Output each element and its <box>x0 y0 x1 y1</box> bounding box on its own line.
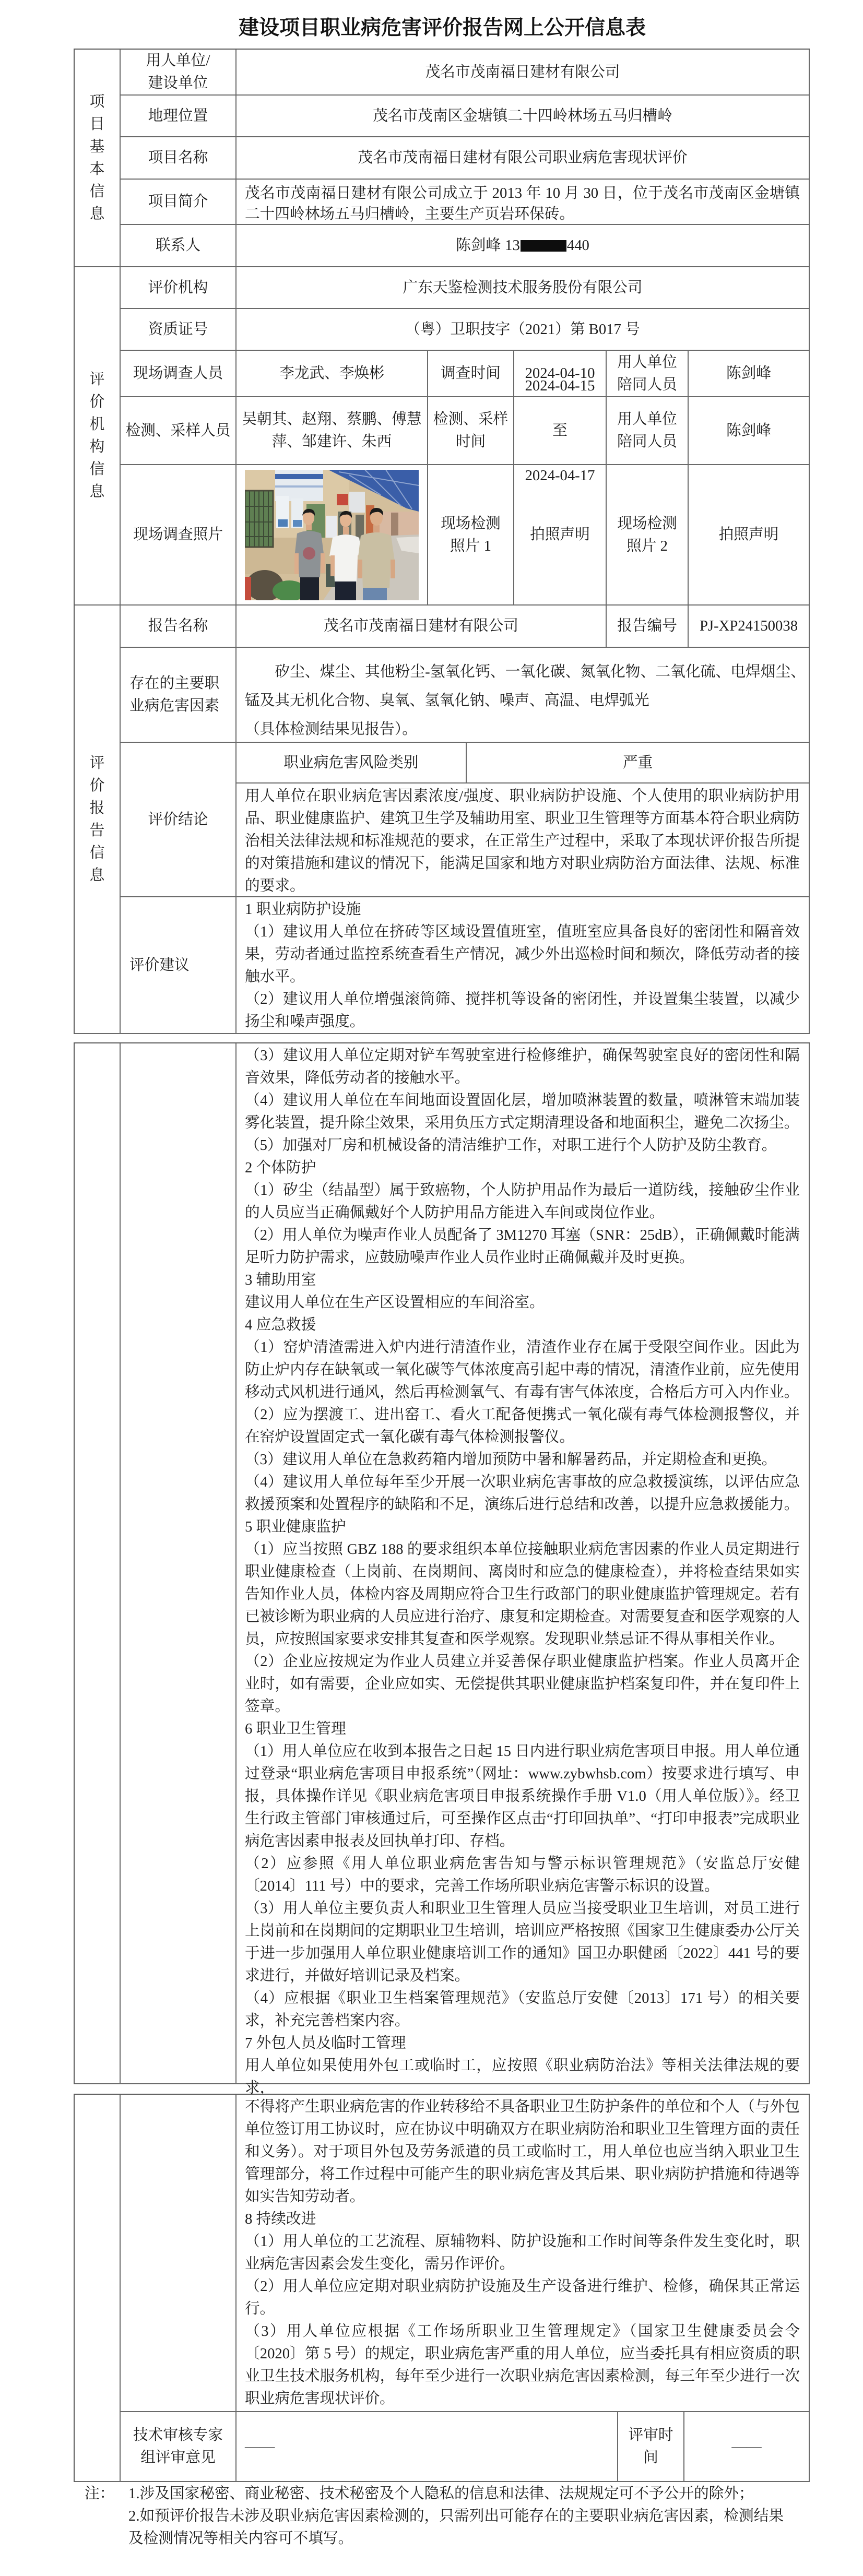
sampling-companion-label: 用人单位 陪同人员 <box>607 397 689 465</box>
hazards-list: 矽尘、煤尘、其他粉尘-氢氧化钙、一氧化碳、氮氧化物、二氧化硫、电焊烟尘、锰及其无… <box>245 658 806 715</box>
suggestion-heading: 5 职业健康监护 <box>245 1516 800 1538</box>
info-table-page-1: 项目基本信息 用人单位/ 建设单位 茂名市茂南福日建材有限公司 地理位置 茂名市… <box>74 49 810 1034</box>
suggestion-item: （2）建议用人单位增强滚筒筛、搅拌机等设备的密闭性，并设置集尘装置，以减少扬尘和… <box>245 988 800 1033</box>
suggestion-item: （3）用人单位应根据《工作场所职业卫生管理规定》（国家卫生健康委员会令〔2020… <box>245 2320 800 2410</box>
survey-photo-cell <box>237 465 428 606</box>
suggestion-item: （1）建议用人单位在挤砖等区域设置值班室，值班室应具备良好的密闭性和隔音效果，劳… <box>245 921 800 988</box>
sampling-date-start: 2024-04-15 <box>525 375 595 397</box>
suggestion-item: （3）用人单位主要负责人和职业卫生管理人员应当接受职业卫生培训，对员工进行上岗前… <box>245 1897 800 1987</box>
suggestion-item: （4）建议用人单位在车间地面设置固化层，增加喷淋装置的数量，喷淋管末端加装雾化装… <box>245 1089 800 1134</box>
site-survey-photo <box>245 470 419 600</box>
photo1-label: 现场检测 照片 1 <box>428 465 514 606</box>
suggestion-item: 用人单位如果使用外包工或临时工，应按照《职业病防治法》等相关法律法规的要求， <box>245 2055 800 2099</box>
suggestions-label: 评价建议 <box>121 897 237 1034</box>
conclusion-text-cell: 用人单位在职业病危害因素浓度/强度、职业病防护设施、个人使用的职业病防护用品、职… <box>237 784 810 897</box>
section-label-report-info: 评价报告信息 <box>89 752 106 887</box>
photo2-label: 现场检测 照片 2 <box>607 465 689 606</box>
suggestion-heading: 2 个体防护 <box>245 1157 800 1179</box>
sampling-date-to: 至 <box>525 420 595 442</box>
summary-value: 茂名市茂南福日建材有限公司成立于 2013 年 10 月 30 日，位于茂名市茂… <box>237 180 810 225</box>
suggestion-item: （1）应当按照 GBZ 188 的要求组织本单位接触职业病危害因素的作业人员定期… <box>245 1538 800 1651</box>
section-label-agency-info: 评价机构信息 <box>89 369 106 503</box>
project-name-label: 项目名称 <box>121 137 237 180</box>
photo1-statement: 拍照声明 <box>514 465 607 606</box>
suggestion-item: （2）用人单位应定期对职业病防护设施及生产设备进行维护、检修，确保其正常运行。 <box>245 2275 800 2320</box>
qualification-label: 资质证号 <box>121 309 237 351</box>
expert-review-label: 技术审核专家 组评审意见 <box>121 2412 237 2482</box>
section-report-info: 评价报告信息 <box>75 606 121 1034</box>
label-column-empty <box>121 1043 237 2084</box>
section-project-info: 项目基本信息 <box>75 50 121 267</box>
suggestion-heading: 7 外包人员及临时工管理 <box>245 2032 800 2055</box>
suggestion-item: （1）用人单位应在收到本报告之日起 15 日内进行职业病危害项目申报。用人单位通… <box>245 1740 800 1853</box>
hazards-note: （具体检测结果见报告）。 <box>245 715 806 744</box>
hazards-label: 存在的主要职 业病危害因素 <box>121 648 237 743</box>
suggestion-heading: 6 职业卫生管理 <box>245 1718 800 1740</box>
sampling-staff-value: 吴朝其、赵翔、蔡鹏、傅慧萍、邹建许、朱西 <box>237 397 428 465</box>
project-name-value: 茂名市茂南福日建材有限公司职业病危害现状评价 <box>237 137 810 180</box>
suggestion-item: （2）用人单位为噪声作业人员配备了 3M1270 耳塞（SNR：25dB），正确… <box>245 1224 800 1269</box>
contact-phone-suffix: 440 <box>567 234 589 257</box>
report-name-value: 茂名市茂南福日建材有限公司 <box>237 606 607 648</box>
suggestion-item: （1）矽尘（结晶型）属于致癌物，个人防护用品作为最后一道防线，接触矽尘作业的人员… <box>245 1179 800 1224</box>
info-table-page-2: （3）建议用人单位定期对铲车驾驶室进行检修维护，确保驾驶室良好的密闭性和隔音效果… <box>74 1042 810 2084</box>
note-item: 1.涉及国家秘密、商业秘密、技术秘密及个人隐私的信息和法律、法规规定可不予公开的… <box>128 2483 797 2505</box>
suggestion-heading: 1 职业病防护设施 <box>245 898 800 921</box>
contact-name: 陈剑峰 <box>456 234 501 257</box>
summary-label: 项目简介 <box>121 180 237 225</box>
suggestion-item: （3）建议用人单位定期对铲车驾驶室进行检修维护，确保驾驶室良好的密闭性和隔音效果… <box>245 1044 800 1089</box>
conclusion-text: 用人单位在职业病危害因素浓度/强度、职业病防护设施、个人使用的职业病防护用品、职… <box>245 785 800 897</box>
conclusion-label: 评价结论 <box>121 743 237 897</box>
contact-value: 陈剑峰 13 440 <box>237 225 810 267</box>
review-time-value: —— <box>684 2412 810 2482</box>
report-number-label: 报告编号 <box>607 606 689 648</box>
expert-review-value: —— <box>237 2412 618 2482</box>
label-column-empty <box>121 2095 237 2412</box>
suggestion-heading: 4 应急救援 <box>245 1314 800 1336</box>
suggestion-item: （1）用人单位的工艺流程、原辅物料、防护设施和工作时间等条件发生变化时，职业病危… <box>245 2230 800 2275</box>
phone-redaction-box <box>521 240 566 252</box>
agency-value: 广东天鉴检测技术服务股份有限公司 <box>237 267 810 309</box>
survey-time-label: 调查时间 <box>428 351 514 397</box>
notes-prefix: 注： <box>85 2483 114 2505</box>
location-value: 茂名市茂南区金塘镇二十四岭林场五马归槽岭 <box>237 96 810 137</box>
survey-photo-label: 现场调查照片 <box>121 465 237 606</box>
suggestion-item: （4）建议用人单位每年至少开展一次职业病危害事故的应急救援演练，以评估应急救援预… <box>245 1471 800 1516</box>
sampling-companion-value: 陈剑峰 <box>689 397 810 465</box>
suggestion-item: （2）应参照《用人单位职业病危害告知与警示标识管理规范》（安监总厅安健〔2014… <box>245 1853 800 1897</box>
photo2-statement: 拍照声明 <box>689 465 810 606</box>
review-time-label: 评审时 间 <box>618 2412 684 2482</box>
agency-label: 评价机构 <box>121 267 237 309</box>
suggestion-item: 不得将产生职业病危害的作业转移给不具备职业卫生防护条件的单位和个人（与外包单位签… <box>245 2096 800 2208</box>
risk-category-value: 严重 <box>467 743 810 784</box>
report-name-label: 报告名称 <box>121 606 237 648</box>
suggestion-item: 建议用人单位在生产区设置相应的车间浴室。 <box>245 1291 800 1314</box>
location-label: 地理位置 <box>121 96 237 137</box>
sampling-time-value: 2024-04-15 至 2024-04-17 <box>514 397 607 465</box>
suggestion-item: （3）建议用人单位在急救药箱内增加预防中暑和解暑药品，并定期检查和更换。 <box>245 1449 800 1471</box>
sampling-staff-label: 检测、采样人员 <box>121 397 237 465</box>
section-label-project-info: 项目基本信息 <box>89 91 106 225</box>
contact-phone-prefix: 13 <box>505 234 520 257</box>
note-item: 2.如预评价报告未涉及职业病危害因素检测的，只需列出可能存在的主要职业病危害因素… <box>128 2505 797 2550</box>
suggestions-page1: 1 职业病防护设施 （1）建议用人单位在挤砖等区域设置值班室，值班室应具备良好的… <box>237 897 810 1034</box>
survey-companion-label: 用人单位 陪同人员 <box>607 351 689 397</box>
document-title: 建设项目职业病危害评价报告网上公开信息表 <box>75 16 810 41</box>
suggestions-page3: 不得将产生职业病危害的作业转移给不具备职业卫生防护条件的单位和个人（与外包单位签… <box>237 2095 810 2412</box>
section-column-empty <box>75 1043 121 2084</box>
survey-staff-value: 李龙武、李焕彬 <box>237 351 428 397</box>
suggestion-item: （5）加强对厂房和机械设备的清洁维护工作，对职工进行个人防护及防尘教育。 <box>245 1134 800 1157</box>
survey-companion-value: 陈剑峰 <box>689 351 810 397</box>
risk-category-label: 职业病危害风险类别 <box>237 743 467 784</box>
suggestion-item: （4）应根据《职业卫生档案管理规范》（安监总厅安健〔2013〕171 号）的相关… <box>245 1987 800 2032</box>
report-number-value: PJ-XP24150038 <box>689 606 810 648</box>
hazards-value: 矽尘、煤尘、其他粉尘-氢氧化钙、一氧化碳、氮氧化物、二氧化硫、电焊烟尘、锰及其无… <box>237 648 810 743</box>
summary-text: 茂名市茂南福日建材有限公司成立于 2013 年 10 月 30 日，位于茂名市茂… <box>245 183 800 224</box>
sampling-time-label: 检测、采样 时间 <box>428 397 514 465</box>
qualification-value: （粤）卫职技字（2021）第 B017 号 <box>237 309 810 351</box>
contact-label: 联系人 <box>121 225 237 267</box>
suggestion-item: （1）窑炉清渣需进入炉内进行清渣作业，清渣作业存在属于受限空间作业。因此为防止炉… <box>245 1336 800 1404</box>
notes-list: 1.涉及国家秘密、商业秘密、技术秘密及个人隐私的信息和法律、法规规定可不予公开的… <box>128 2483 797 2550</box>
suggestion-item: （2）企业应按规定为作业人员建立并妥善保存职业健康监护档案。作业人员离开企业时，… <box>245 1651 800 1718</box>
section-column-empty <box>75 2095 121 2482</box>
suggestions-page2: （3）建议用人单位定期对铲车驾驶室进行检修维护，确保驾驶室良好的密闭性和隔音效果… <box>237 1043 810 2084</box>
section-agency-info: 评价机构信息 <box>75 267 121 606</box>
suggestion-item: （2）应为摆渡工、进出窑工、看火工配备便携式一氧化碳有毒气体检测报警仪，并在窑炉… <box>245 1404 800 1449</box>
employer-value: 茂名市茂南福日建材有限公司 <box>237 50 810 96</box>
employer-label: 用人单位/ 建设单位 <box>121 50 237 96</box>
survey-staff-label: 现场调查人员 <box>121 351 237 397</box>
info-table-page-3: 不得将产生职业病危害的作业转移给不具备职业卫生防护条件的单位和个人（与外包单位签… <box>74 2094 810 2482</box>
suggestion-heading: 8 持续改进 <box>245 2208 800 2230</box>
suggestion-heading: 3 辅助用室 <box>245 1269 800 1291</box>
